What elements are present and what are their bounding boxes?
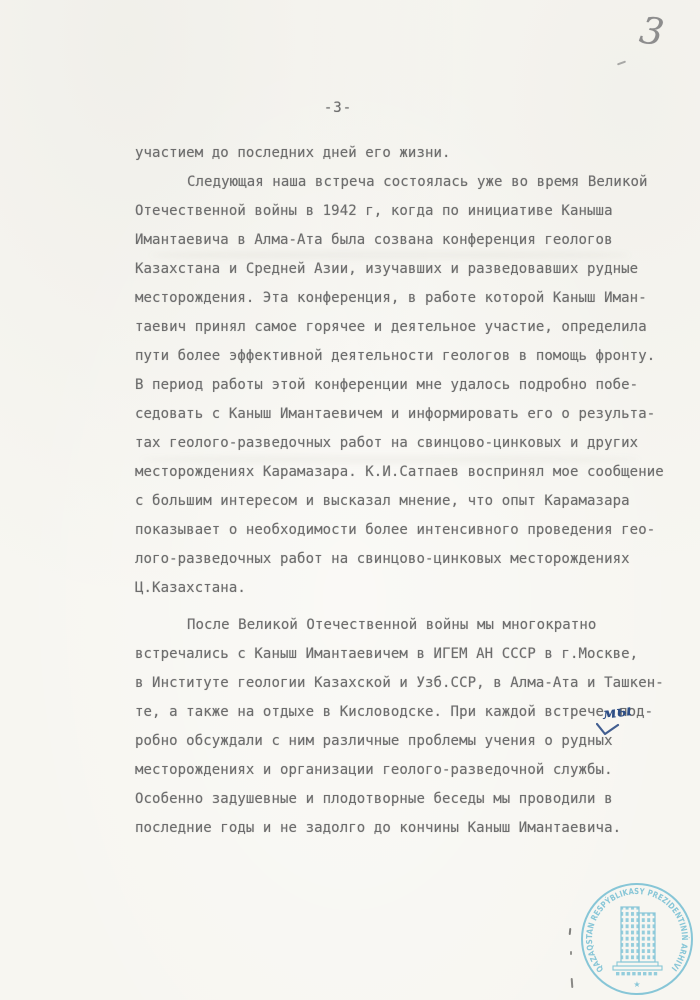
scan-speck [571, 978, 574, 988]
pencil-tick-mark [617, 61, 626, 66]
text-line: месторождения. Эта конференция, в работе… [135, 284, 683, 313]
archive-building-icon [613, 907, 662, 975]
scanned-document-page: 3 -3- участием до последних дней его жиз… [0, 0, 700, 1000]
text-line: Особенно задушевные и плодотворные бесед… [135, 785, 683, 814]
text-line: тах геолого-разведочных работ на свинцов… [135, 429, 683, 458]
stamp-star-separator: ★ [633, 980, 640, 989]
text-line: лого-разведочных работ на свинцово-цинко… [135, 545, 683, 574]
text-line: Ц.Казахстана. [135, 574, 683, 603]
text-line: участием до последних дней его жизни. [135, 139, 683, 168]
text-line: пути более эффективной деятельности геол… [135, 342, 683, 371]
text-line: в Институте геологии Казахской и Узб.ССР… [135, 669, 683, 698]
text-line: Казахстана и Средней Азии, изучавших и р… [135, 255, 683, 284]
text-line: последние годы и не задолго до кончины К… [135, 814, 683, 843]
text-line: показывает о необходимости более интенси… [135, 516, 683, 545]
text-line-with-insertion: те, а также на отдыхе в Кисловодске. При… [135, 698, 683, 727]
archive-stamp-graphic: QAZAQSTAN RESPÝBLIKASY PREZIDENTINIŃ ARH… [576, 880, 700, 1000]
text-line: встречались с Каныш Имантаевичем в ИГЕМ … [135, 640, 683, 669]
handwritten-folio-number: 3 [637, 8, 667, 54]
archive-stamp: QAZAQSTAN RESPÝBLIKASY PREZIDENTINIŃ ARH… [576, 880, 700, 1000]
handwritten-insertion: мы [600, 696, 633, 729]
text-line: Имантаевича в Алма-Ата была созвана конф… [135, 226, 683, 255]
text-line: Отечественной войны в 1942 г, когда по и… [135, 197, 683, 226]
text-line: с большим интересом и высказал мнение, ч… [135, 487, 683, 516]
text-line: таевич принял самое горячее и деятельное… [135, 313, 683, 342]
text-line: месторождениях и организации геолого-раз… [135, 756, 683, 785]
text-line: Следующая наша встреча состоялась уже во… [135, 168, 683, 197]
typed-page-number: -3- [298, 100, 378, 116]
text-before-insertion: те, а также на отдыхе в Кисловодске. При… [135, 704, 604, 720]
scan-speck [569, 928, 572, 935]
text-line: седовать с Каныш Имантаевичем и информир… [135, 400, 683, 429]
scan-speck [570, 951, 572, 955]
text-line: месторождениях Карамазара. К.И.Сатпаев в… [135, 458, 683, 487]
document-body: участием до последних дней его жизни. Сл… [135, 139, 683, 843]
text-line: В период работы этой конференции мне уда… [135, 371, 683, 400]
text-line: После Великой Отечественной войны мы мно… [135, 611, 683, 640]
